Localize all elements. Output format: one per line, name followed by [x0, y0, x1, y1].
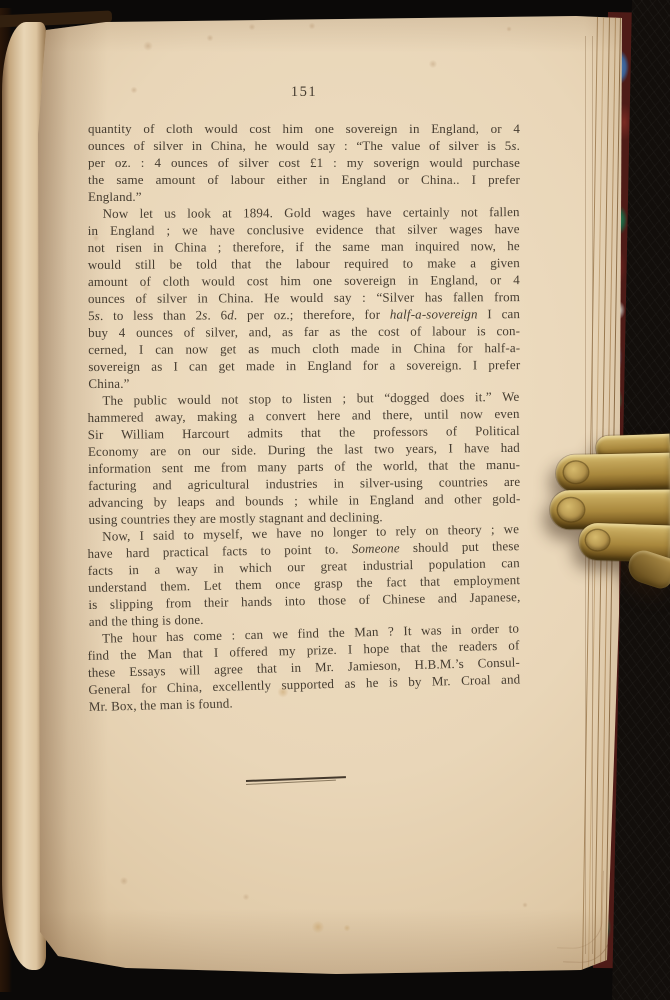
- paragraph: The hour has come : can we find the Man …: [87, 619, 521, 715]
- text-line: the same amount of labour either in Engl…: [88, 171, 520, 188]
- text-line: in England ; we have conclusive evidence…: [88, 220, 520, 239]
- text-line: ounces of silver in China, he would say …: [88, 137, 520, 154]
- paragraph: The public would not stop to listen ; bu…: [87, 388, 520, 528]
- book-photograph: 151 quantity of cloth would cost him one…: [0, 0, 670, 1000]
- book-page: 151 quantity of cloth would cost him one…: [36, 14, 638, 976]
- text-line: Now let us look at 1894. Gold wages have…: [88, 203, 520, 222]
- text-line: quantity of cloth would cost him one sov…: [88, 120, 520, 137]
- finger-middle: [556, 453, 670, 492]
- paragraph: Now, I said to myself, we have no longer…: [87, 520, 521, 630]
- text-line: buy 4 ounces of silver, and, as far as t…: [88, 322, 520, 341]
- fingernail: [558, 498, 584, 521]
- fingernail: [564, 462, 588, 483]
- page-number: 151: [88, 84, 520, 101]
- text-line: per oz. : 4 ounces of silver cost £1 : m…: [88, 154, 520, 171]
- text-line: would still be told that the labour requ…: [88, 254, 520, 273]
- fingernail: [586, 530, 610, 551]
- text-line: not risen in China ; therefore, if the s…: [88, 237, 520, 256]
- brass-hand-page-holder: [550, 427, 670, 592]
- text-line: cerned, I can now get as much cloth made…: [88, 339, 520, 358]
- text-line: amount of cloth would cost him one sover…: [88, 271, 520, 290]
- text-line: 5s. to less than 2s. 6d. per oz.; theref…: [88, 305, 520, 324]
- page-text: quantity of cloth would cost him one sov…: [88, 120, 520, 715]
- end-rule: [246, 780, 348, 785]
- text-line: sovereign as I can get made in England f…: [88, 356, 520, 375]
- paragraph: quantity of cloth would cost him one sov…: [88, 120, 520, 205]
- text-line: ounces of silver in China. He would say …: [88, 288, 520, 307]
- paragraph: Now let us look at 1894. Gold wages have…: [88, 203, 521, 392]
